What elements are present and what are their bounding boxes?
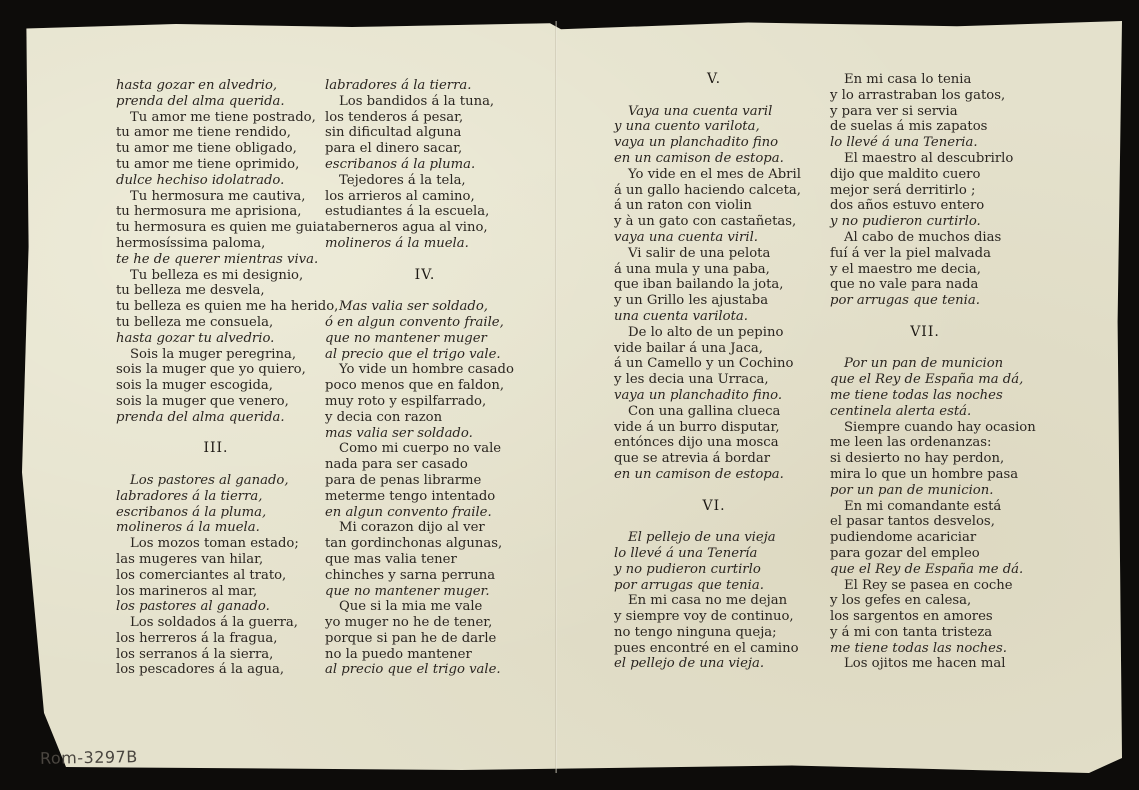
- verse-line: vide á un burro disputar,: [614, 420, 814, 436]
- verse-line: que iban bailando la jota,: [614, 277, 814, 293]
- verse-line: á un gallo haciendo calceta,: [614, 183, 814, 199]
- verse-line: y para ver si servia: [830, 104, 1020, 120]
- verse-line: si desierto no hay perdon,: [830, 451, 1020, 467]
- verse-line: una cuenta varilota.: [614, 309, 814, 325]
- verse-line: y lo arrastraban los gatos,: [830, 88, 1020, 104]
- verse-line: por arrugas que tenia.: [614, 578, 814, 594]
- verse-line: dos años estuvo entero: [830, 198, 1020, 214]
- verse-line: y una cuento varilota,: [614, 119, 814, 135]
- center-fold: [555, 21, 557, 773]
- verse-line: los arrieros al camino,: [325, 189, 525, 205]
- verse-line: los marineros al mar,: [116, 584, 316, 600]
- verse-line: Yo vide en el mes de Abril: [614, 167, 814, 183]
- verse-line: me tiene todas las noches.: [830, 641, 1020, 657]
- verse-line: pues encontré en el camino: [614, 641, 814, 657]
- section-heading: IV.: [325, 268, 525, 284]
- verse-line: entónces dijo una mosca: [614, 435, 814, 451]
- verse-line: á un Camello y un Cochino: [614, 356, 814, 372]
- verse-line: Al cabo de muchos dias: [830, 230, 1020, 246]
- verse-line: meterme tengo intentado: [325, 489, 525, 505]
- stanza-gap: [614, 483, 814, 499]
- verse-line: estudiantes á la escuela,: [325, 204, 525, 220]
- verse-line: escribanos á la pluma.: [325, 157, 525, 173]
- verse-line: lo llevé á una Teneria.: [830, 135, 1020, 151]
- verse-line: El maestro al descubrirlo: [830, 151, 1020, 167]
- verse-line: ó en algun convento fraile,: [325, 315, 525, 331]
- verse-line: tu amor me tiene rendido,: [116, 125, 316, 141]
- stanza-gap: [830, 309, 1020, 325]
- verse-line: Que si la mia me vale: [325, 599, 525, 615]
- verse-line: yo muger no he de tener,: [325, 615, 525, 631]
- verse-line: y les decia una Urraca,: [614, 372, 814, 388]
- verse-line: fuí á ver la piel malvada: [830, 246, 1020, 262]
- verse-line: chinches y sarna perruna: [325, 568, 525, 584]
- verse-line: sois la muger que yo quiero,: [116, 362, 316, 378]
- verse-line: que no mantener muger: [325, 331, 525, 347]
- verse-line: hermosíssima paloma,: [116, 236, 316, 252]
- verse-line: Tu belleza es mi designio,: [116, 268, 316, 284]
- section-heading: VI.: [614, 499, 814, 515]
- verse-line: Los soldados á la guerra,: [116, 615, 316, 631]
- verse-line: me leen las ordenanzas:: [830, 435, 1020, 451]
- verse-line: dijo que maldito cuero: [830, 167, 1020, 183]
- verse-line: el pellejo de una vieja.: [614, 656, 814, 672]
- verse-line: á un raton con violin: [614, 198, 814, 214]
- verse-line: y decia con razon: [325, 410, 525, 426]
- verse-line: que mas valia tener: [325, 552, 525, 568]
- verse-line: mejor será derritirlo ;: [830, 183, 1020, 199]
- verse-line: prenda del alma querida.: [116, 410, 316, 426]
- verse-line: para gozar del empleo: [830, 546, 1020, 562]
- verse-line: me tiene todas las noches: [830, 388, 1020, 404]
- verse-line: vaya un planchadito fino.: [614, 388, 814, 404]
- verse-line: y el maestro me decia,: [830, 262, 1020, 278]
- verse-line: En mi comandante está: [830, 499, 1020, 515]
- verse-line: que no vale para nada: [830, 277, 1020, 293]
- verse-line: lo llevé á una Tenería: [614, 546, 814, 562]
- stanza-gap: [325, 252, 525, 268]
- verse-line: tu belleza es quien me ha herido,: [116, 299, 316, 315]
- verse-line: vide bailar á una Jaca,: [614, 341, 814, 357]
- verse-line: Tu amor me tiene postrado,: [116, 110, 316, 126]
- verse-line: y á mi con tanta tristeza: [830, 625, 1020, 641]
- shelfmark-label: Rom-3297B: [40, 747, 138, 768]
- verse-line: tu belleza me consuela,: [116, 315, 316, 331]
- verse-line: En mi casa lo tenia: [830, 72, 1020, 88]
- verse-line: Los bandidos á la tuna,: [325, 94, 525, 110]
- verse-line: que el Rey de España ma dá,: [830, 372, 1020, 388]
- verse-line: nada para ser casado: [325, 457, 525, 473]
- verse-line: sin dificultad alguna: [325, 125, 525, 141]
- verse-line: los sargentos en amores: [830, 609, 1020, 625]
- verse-line: tan gordinchonas algunas,: [325, 536, 525, 552]
- verse-line: molineros á la muela.: [325, 236, 525, 252]
- verse-line: dulce hechiso idolatrado.: [116, 173, 316, 189]
- verse-line: los pastores al ganado.: [116, 599, 316, 615]
- verse-line: muy roto y espilfarrado,: [325, 394, 525, 410]
- verse-line: Sois la muger peregrina,: [116, 347, 316, 363]
- verse-line: los pescadores á la agua,: [116, 662, 316, 678]
- verse-line: Los mozos toman estado;: [116, 536, 316, 552]
- text-column-2: labradores á la tierra.Los bandidos á la…: [325, 78, 525, 678]
- verse-line: que se atrevia á bordar: [614, 451, 814, 467]
- verse-line: vaya un planchadito fino: [614, 135, 814, 151]
- stanza-gap: [614, 88, 814, 104]
- verse-line: de suelas á mis zapatos: [830, 119, 1020, 135]
- verse-line: molineros á la muela.: [116, 520, 316, 536]
- verse-line: labradores á la tierra.: [325, 78, 525, 94]
- verse-line: Tu hermosura me cautiva,: [116, 189, 316, 205]
- verse-line: no tengo ninguna queja;: [614, 625, 814, 641]
- verse-line: sois la muger escogida,: [116, 378, 316, 394]
- verse-line: Tejedores á la tela,: [325, 173, 525, 189]
- verse-line: Vaya una cuenta varil: [614, 104, 814, 120]
- stanza-gap: [614, 514, 814, 530]
- text-column-4: En mi casa lo teniay lo arrastraban los …: [830, 72, 1020, 672]
- verse-line: poco menos que en faldon,: [325, 378, 525, 394]
- verse-line: De lo alto de un pepino: [614, 325, 814, 341]
- verse-line: á una mula y una paba,: [614, 262, 814, 278]
- verse-line: en un camison de estopa.: [614, 467, 814, 483]
- verse-line: En mi casa no me dejan: [614, 593, 814, 609]
- stanza-gap: [116, 457, 316, 473]
- verse-line: los tenderos á pesar,: [325, 110, 525, 126]
- verse-line: y no pudieron curtirlo.: [830, 214, 1020, 230]
- verse-line: y à un gato con castañetas,: [614, 214, 814, 230]
- text-column-1: hasta gozar en alvedrio,prenda del alma …: [116, 78, 316, 678]
- verse-line: Con una gallina clueca: [614, 404, 814, 420]
- verse-line: al precio que el trigo vale.: [325, 662, 525, 678]
- verse-line: tu amor me tiene oprimido,: [116, 157, 316, 173]
- verse-line: labradores á la tierra,: [116, 489, 316, 505]
- stanza-gap: [325, 283, 525, 299]
- verse-line: te he de querer mientras viva.: [116, 252, 316, 268]
- verse-line: El pellejo de una vieja: [614, 530, 814, 546]
- verse-line: Vi salir de una pelota: [614, 246, 814, 262]
- verse-line: Mas valia ser soldado,: [325, 299, 525, 315]
- verse-line: tu hermosura me aprisiona,: [116, 204, 316, 220]
- verse-line: mira lo que un hombre pasa: [830, 467, 1020, 483]
- verse-line: tu amor me tiene obligado,: [116, 141, 316, 157]
- verse-line: en algun convento fraile.: [325, 505, 525, 521]
- verse-line: prenda del alma querida.: [116, 94, 316, 110]
- section-heading: III.: [116, 441, 316, 457]
- verse-line: El Rey se pasea en coche: [830, 578, 1020, 594]
- verse-line: sois la muger que venero,: [116, 394, 316, 410]
- verse-line: y los gefes en calesa,: [830, 593, 1020, 609]
- verse-line: Por un pan de municion: [830, 356, 1020, 372]
- verse-line: al precio que el trigo vale.: [325, 347, 525, 363]
- verse-line: vaya una cuenta viril.: [614, 230, 814, 246]
- verse-line: mas valia ser soldado.: [325, 426, 525, 442]
- verse-line: los serranos á la sierra,: [116, 647, 316, 663]
- verse-line: tu hermosura es quien me guia: [116, 220, 316, 236]
- verse-line: pudiendome acariciar: [830, 530, 1020, 546]
- verse-line: que el Rey de España me dá.: [830, 562, 1020, 578]
- verse-line: Los ojitos me hacen mal: [830, 656, 1020, 672]
- verse-line: en un camison de estopa.: [614, 151, 814, 167]
- text-column-3: V.Vaya una cuenta varily una cuento vari…: [614, 72, 814, 672]
- verse-line: Mi corazon dijo al ver: [325, 520, 525, 536]
- verse-line: las mugeres van hilar,: [116, 552, 316, 568]
- verse-line: y un Grillo les ajustaba: [614, 293, 814, 309]
- verse-line: hasta gozar en alvedrio,: [116, 78, 316, 94]
- section-heading: VII.: [830, 325, 1020, 341]
- verse-line: taberneros agua al vino,: [325, 220, 525, 236]
- verse-line: escribanos á la pluma,: [116, 505, 316, 521]
- verse-line: para de penas librarme: [325, 473, 525, 489]
- verse-line: que no mantener muger.: [325, 584, 525, 600]
- verse-line: porque si pan he de darle: [325, 631, 525, 647]
- section-heading: V.: [614, 72, 814, 88]
- stanza-gap: [830, 341, 1020, 357]
- verse-line: por arrugas que tenia.: [830, 293, 1020, 309]
- stanza-gap: [116, 426, 316, 442]
- verse-line: y no pudieron curtirlo: [614, 562, 814, 578]
- verse-line: Como mi cuerpo no vale: [325, 441, 525, 457]
- verse-line: los comerciantes al trato,: [116, 568, 316, 584]
- verse-line: centinela alerta está.: [830, 404, 1020, 420]
- verse-line: Yo vide un hombre casado: [325, 362, 525, 378]
- verse-line: tu belleza me desvela,: [116, 283, 316, 299]
- verse-line: por un pan de municion.: [830, 483, 1020, 499]
- verse-line: y siempre voy de continuo,: [614, 609, 814, 625]
- verse-line: los herreros á la fragua,: [116, 631, 316, 647]
- verse-line: no la puedo mantener: [325, 647, 525, 663]
- verse-line: hasta gozar tu alvedrio.: [116, 331, 316, 347]
- verse-line: para el dinero sacar,: [325, 141, 525, 157]
- verse-line: Los pastores al ganado,: [116, 473, 316, 489]
- verse-line: Siempre cuando hay ocasion: [830, 420, 1020, 436]
- verse-line: el pasar tantos desvelos,: [830, 514, 1020, 530]
